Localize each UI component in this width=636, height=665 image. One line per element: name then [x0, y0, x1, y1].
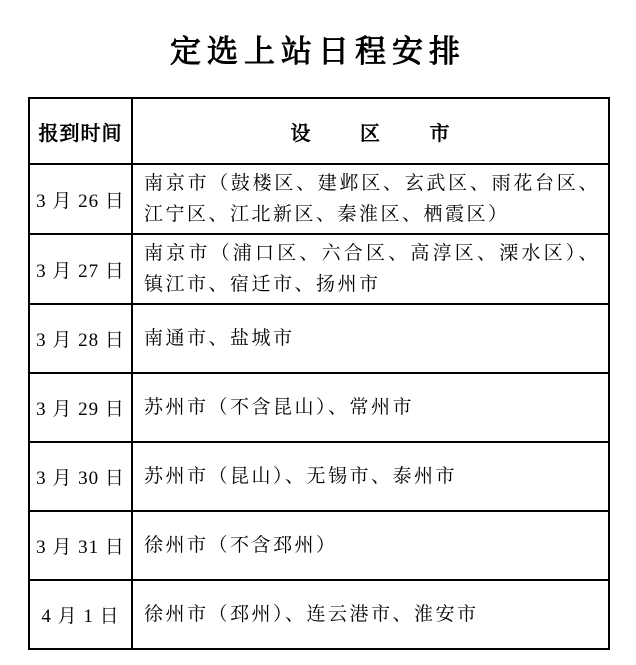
report-date-cell: 3 月 28 日	[29, 304, 132, 373]
cities-cell: 南京市（鼓楼区、建邺区、玄武区、雨花台区、江宁区、江北新区、秦淮区、栖霞区）	[132, 164, 609, 234]
report-date-cell: 3 月 26 日	[29, 164, 132, 234]
table-row: 3 月 28 日 南通市、盐城市	[29, 304, 609, 373]
cities-cell: 南京市（浦口区、六合区、高淳区、溧水区）、镇江市、宿迁市、扬州市	[132, 234, 609, 304]
page-title: 定选上站日程安排	[0, 26, 636, 71]
table-header-row: 报到时间 设 区 市	[29, 98, 609, 164]
table-row: 4 月 1 日 徐州市（邳州）、连云港市、淮安市	[29, 580, 609, 649]
cities-cell: 南通市、盐城市	[132, 304, 609, 373]
column-header-districted-cities: 设 区 市	[132, 98, 609, 164]
report-date-cell: 3 月 30 日	[29, 442, 132, 511]
table-row: 3 月 26 日 南京市（鼓楼区、建邺区、玄武区、雨花台区、江宁区、江北新区、秦…	[29, 164, 609, 234]
column-header-report-time: 报到时间	[29, 98, 132, 164]
table-row: 3 月 29 日 苏州市（不含昆山）、常州市	[29, 373, 609, 442]
cities-cell: 苏州市（不含昆山）、常州市	[132, 373, 609, 442]
schedule-table: 报到时间 设 区 市 3 月 26 日 南京市（鼓楼区、建邺区、玄武区、雨花台区…	[28, 97, 610, 650]
table-row: 3 月 31 日 徐州市（不含邳州）	[29, 511, 609, 580]
report-date-cell: 3 月 27 日	[29, 234, 132, 304]
report-date-cell: 4 月 1 日	[29, 580, 132, 649]
table-row: 3 月 27 日 南京市（浦口区、六合区、高淳区、溧水区）、镇江市、宿迁市、扬州…	[29, 234, 609, 304]
cities-cell: 徐州市（不含邳州）	[132, 511, 609, 580]
report-date-cell: 3 月 31 日	[29, 511, 132, 580]
cities-cell: 徐州市（邳州）、连云港市、淮安市	[132, 580, 609, 649]
table-row: 3 月 30 日 苏州市（昆山）、无锡市、泰州市	[29, 442, 609, 511]
report-date-cell: 3 月 29 日	[29, 373, 132, 442]
cities-cell: 苏州市（昆山）、无锡市、泰州市	[132, 442, 609, 511]
document-page: 定选上站日程安排 报到时间 设 区 市 3 月 26 日 南京市（鼓楼区、建邺区…	[0, 0, 636, 665]
